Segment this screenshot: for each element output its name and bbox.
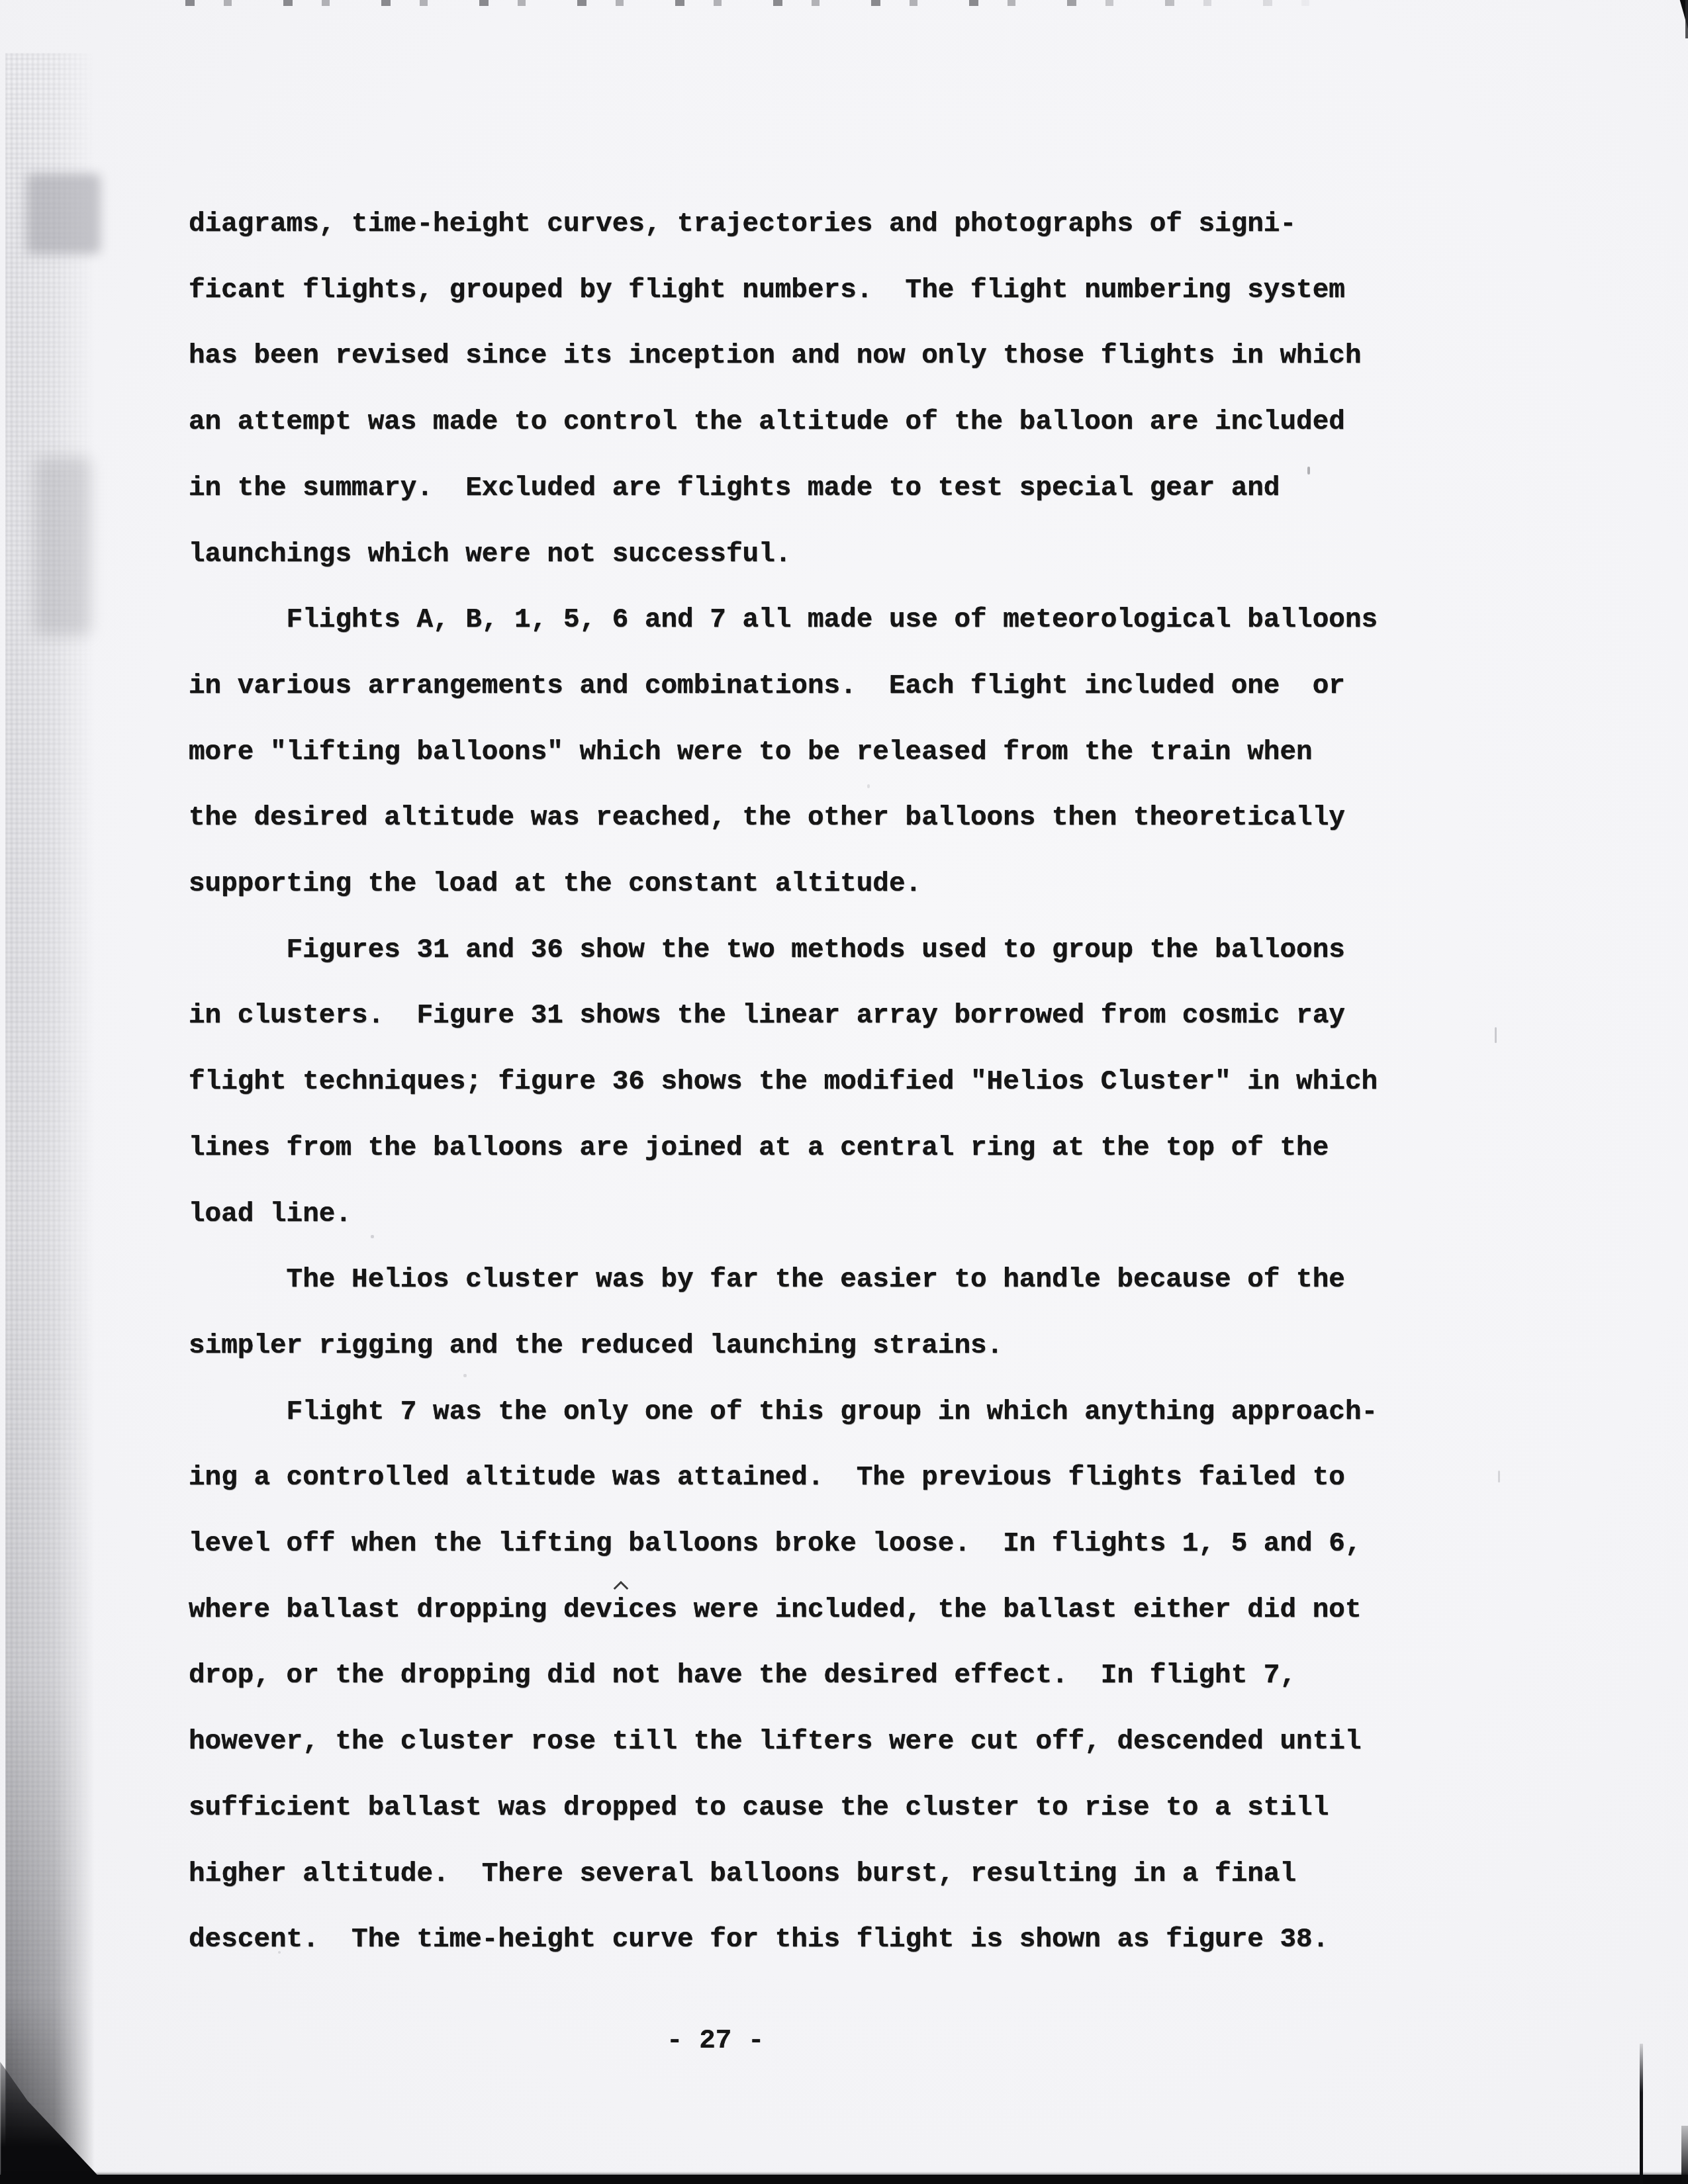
body-text: diagrams, time-height curves, trajectori… (189, 192, 1378, 1974)
scan-artifact-bottom-bar (0, 2175, 1688, 2184)
text-line: descent. The time-height curve for this … (189, 1907, 1378, 1974)
text-line: an attempt was made to control the altit… (189, 390, 1378, 456)
text-line: ficant flights, grouped by flight number… (189, 258, 1378, 324)
text-line: Flight 7 was the only one of this group … (189, 1380, 1378, 1446)
text-line: in clusters. Figure 31 shows the linear … (189, 983, 1378, 1050)
text-line: lines from the balloons are joined at a … (189, 1116, 1378, 1182)
text-line: simpler rigging and the reduced launchin… (189, 1314, 1378, 1380)
text-line: has been revised since its inception and… (189, 324, 1378, 390)
text-line: in the summary. Excluded are flights mad… (189, 456, 1378, 522)
scan-artifact-left-smudge (26, 173, 101, 254)
text-line: higher altitude. There several balloons … (189, 1842, 1378, 1908)
text-line: however, the cluster rose till the lifte… (189, 1709, 1378, 1776)
scan-artifact-left-noise-band (5, 53, 95, 2184)
text-line: drop, or the dropping did not have the d… (189, 1643, 1378, 1709)
text-line: more "lifting balloons" which were to be… (189, 720, 1378, 786)
scan-artifact-speck (1495, 1027, 1497, 1043)
text-line: load line. (189, 1182, 1378, 1248)
text-line: The Helios cluster was by far the easier… (189, 1248, 1378, 1314)
scan-artifact-left-smudge (34, 457, 91, 635)
page-number: - 27 - (667, 2009, 765, 2075)
text-line: flight techniques; figure 36 shows the m… (189, 1050, 1378, 1116)
scan-artifact-top-right-line (1685, 0, 1688, 38)
text-line: sufficient ballast was dropped to cause … (189, 1776, 1378, 1842)
text-line: the desired altitude was reached, the ot… (189, 786, 1378, 852)
scan-artifact-top-edge (185, 0, 1350, 6)
text-line: level off when the lifting balloons brok… (189, 1512, 1378, 1578)
scan-artifact-speck (1498, 1471, 1500, 1482)
text-line: where ballast dropping devices were incl… (189, 1578, 1378, 1644)
text-line: supporting the load at the constant alti… (189, 852, 1378, 918)
text-line: diagrams, time-height curves, trajectori… (189, 192, 1378, 258)
scan-artifact-right-corner (1681, 2126, 1688, 2184)
document-page: diagrams, time-height curves, trajectori… (0, 0, 1688, 2184)
text-line: in various arrangements and combinations… (189, 654, 1378, 720)
text-line: Figures 31 and 36 show the two methods u… (189, 918, 1378, 984)
text-line: Flights A, B, 1, 5, 6 and 7 all made use… (189, 588, 1378, 654)
text-line: launchings which were not successful. (189, 522, 1378, 588)
text-line: ing a controlled altitude was attained. … (189, 1445, 1378, 1512)
scan-artifact-right-line (1640, 2044, 1643, 2184)
